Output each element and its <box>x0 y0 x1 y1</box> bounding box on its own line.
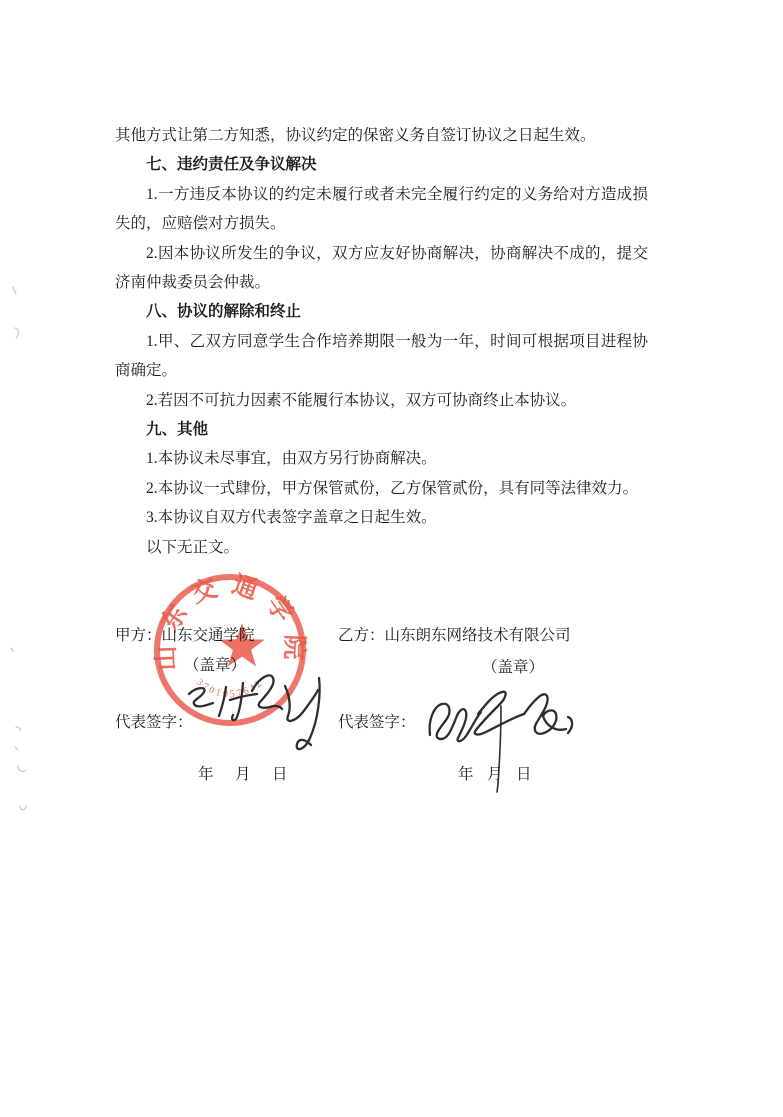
seal-code-text: 3701057642 <box>194 677 266 700</box>
scan-artifacts <box>11 287 26 810</box>
paragraph: 2.因本协议所发生的争议，双方应友好协商解决，协商解决不成的，提交济南仲裁委员会… <box>115 239 648 298</box>
paragraph: 2.本协议一式肆份，甲方保管贰份，乙方保管贰份，具有同等法律效力。 <box>115 474 648 503</box>
paragraph: 其他方式让第二方知悉，协议约定的保密义务自签订协议之日起生效。 <box>115 121 648 150</box>
section-heading: 九、其他 <box>115 415 648 444</box>
paragraph: 1.甲、乙双方同意学生合作培养期限一般为一年，时间可根据项目进程协商确定。 <box>115 327 648 386</box>
section-heading: 八、协议的解除和终止 <box>115 297 648 326</box>
seal-owner-text: 山东交通学院 <box>151 570 308 671</box>
paragraph: 3.本协议自双方代表签字盖章之日起生效。 <box>115 503 648 532</box>
official-seal: 山东交通学院 3701057642 <box>145 565 315 735</box>
party-b-seal-note: （盖章） <box>482 655 544 677</box>
paragraph: 2.若因不可抗力因素不能履行本协议，双方可协商终止本协议。 <box>115 386 648 415</box>
party-b-sign-label: 代表签字： <box>338 710 416 732</box>
scanned-contract-page: 其他方式让第二方知悉，协议约定的保密义务自签订协议之日起生效。 七、违约责任及争… <box>0 0 783 1117</box>
section-heading: 七、违约责任及争议解决 <box>115 150 648 179</box>
party-b-date-line: 年 月 日 <box>458 762 531 784</box>
paragraph: 1.一方违反本协议的约定未履行或者未完全履行约定的义务给对方造成损失的，应赔偿对… <box>115 180 648 239</box>
paragraph: 1.本协议未尽事宜，由双方另行协商解决。 <box>115 444 648 473</box>
paragraph: 以下无正文。 <box>115 533 648 562</box>
document-body: 其他方式让第二方知悉，协议约定的保密义务自签订协议之日起生效。 七、违约责任及争… <box>115 121 648 562</box>
star-icon <box>219 623 265 666</box>
party-b-label: 乙方：山东朗东网络技术有限公司 <box>338 623 571 645</box>
party-a-date-line: 年 月 日 <box>198 762 291 784</box>
